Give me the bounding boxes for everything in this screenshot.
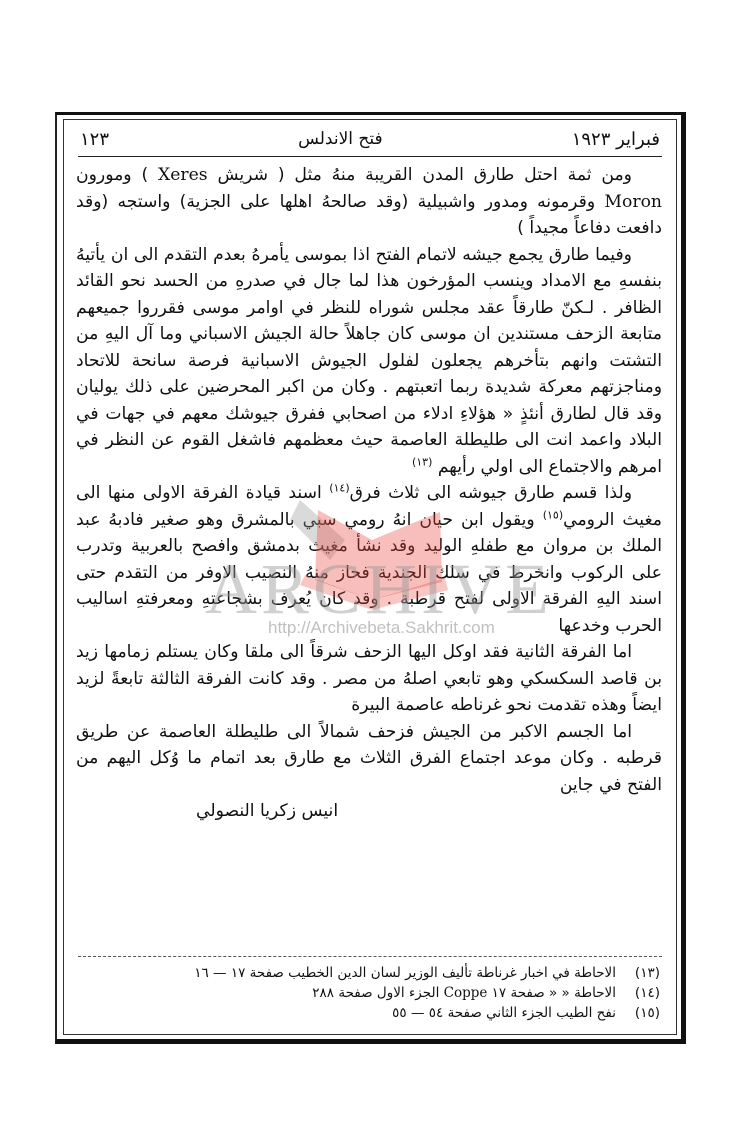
latin-term-xeres: Xeres — [158, 165, 208, 185]
page-number: ١٢٣ — [80, 129, 109, 150]
article-body: ومن ثمة احتل طارق المدن القريبة منهُ مثل… — [76, 162, 662, 825]
footnote-15: (١٥)نفح الطيب الجزء الثاني صفحة ٥٤ — ٥٥ — [80, 1003, 660, 1023]
header-rule — [78, 156, 662, 157]
latin-term-moron: Moron — [604, 192, 662, 212]
paragraph-4: اما الفرقة الثانية فقد اوكل اليها الزحف … — [76, 639, 662, 719]
footnote-ref-14: (١٤) — [329, 481, 349, 494]
signature-line: انيس زكريا النصولي — [76, 798, 662, 825]
footnote-rule — [78, 956, 662, 957]
header-title: فتح الاندلس — [298, 129, 383, 149]
footnote-ref-15: (١٥) — [543, 508, 563, 521]
magazine-page: فبراير ١٩٢٣ فتح الاندلس ١٢٣ ومن ثمة احتل… — [66, 120, 674, 1030]
paragraph-3: ولذا قسم طارق جيوشه الى ثلاث فرق(١٤) اسن… — [76, 480, 662, 639]
footnote-ref-13: (١٣) — [412, 455, 432, 468]
footnotes: (١٣)الاحاطة في اخبار غرناطة تأليف الوزير… — [80, 963, 660, 1023]
header-date: فبراير ١٩٢٣ — [572, 129, 660, 150]
paragraph-5: اما الجسم الاكبر من الجيش فزحف شمالاً ال… — [76, 719, 662, 799]
footnote-13: (١٣)الاحاطة في اخبار غرناطة تأليف الوزير… — [80, 963, 660, 983]
paragraph-1: ومن ثمة احتل طارق المدن القريبة منهُ مثل… — [76, 162, 662, 242]
footnote-14: (١٤)الاحاطة « « صفحة ١٧ Coppe الجزء الاو… — [80, 983, 660, 1003]
running-header: فبراير ١٩٢٣ فتح الاندلس ١٢٣ — [80, 126, 660, 152]
paragraph-2: وفيما طارق يجمع جيشه لاتمام الفتح اذا بم… — [76, 242, 662, 481]
author-name: انيس زكريا النصولي — [196, 798, 338, 825]
